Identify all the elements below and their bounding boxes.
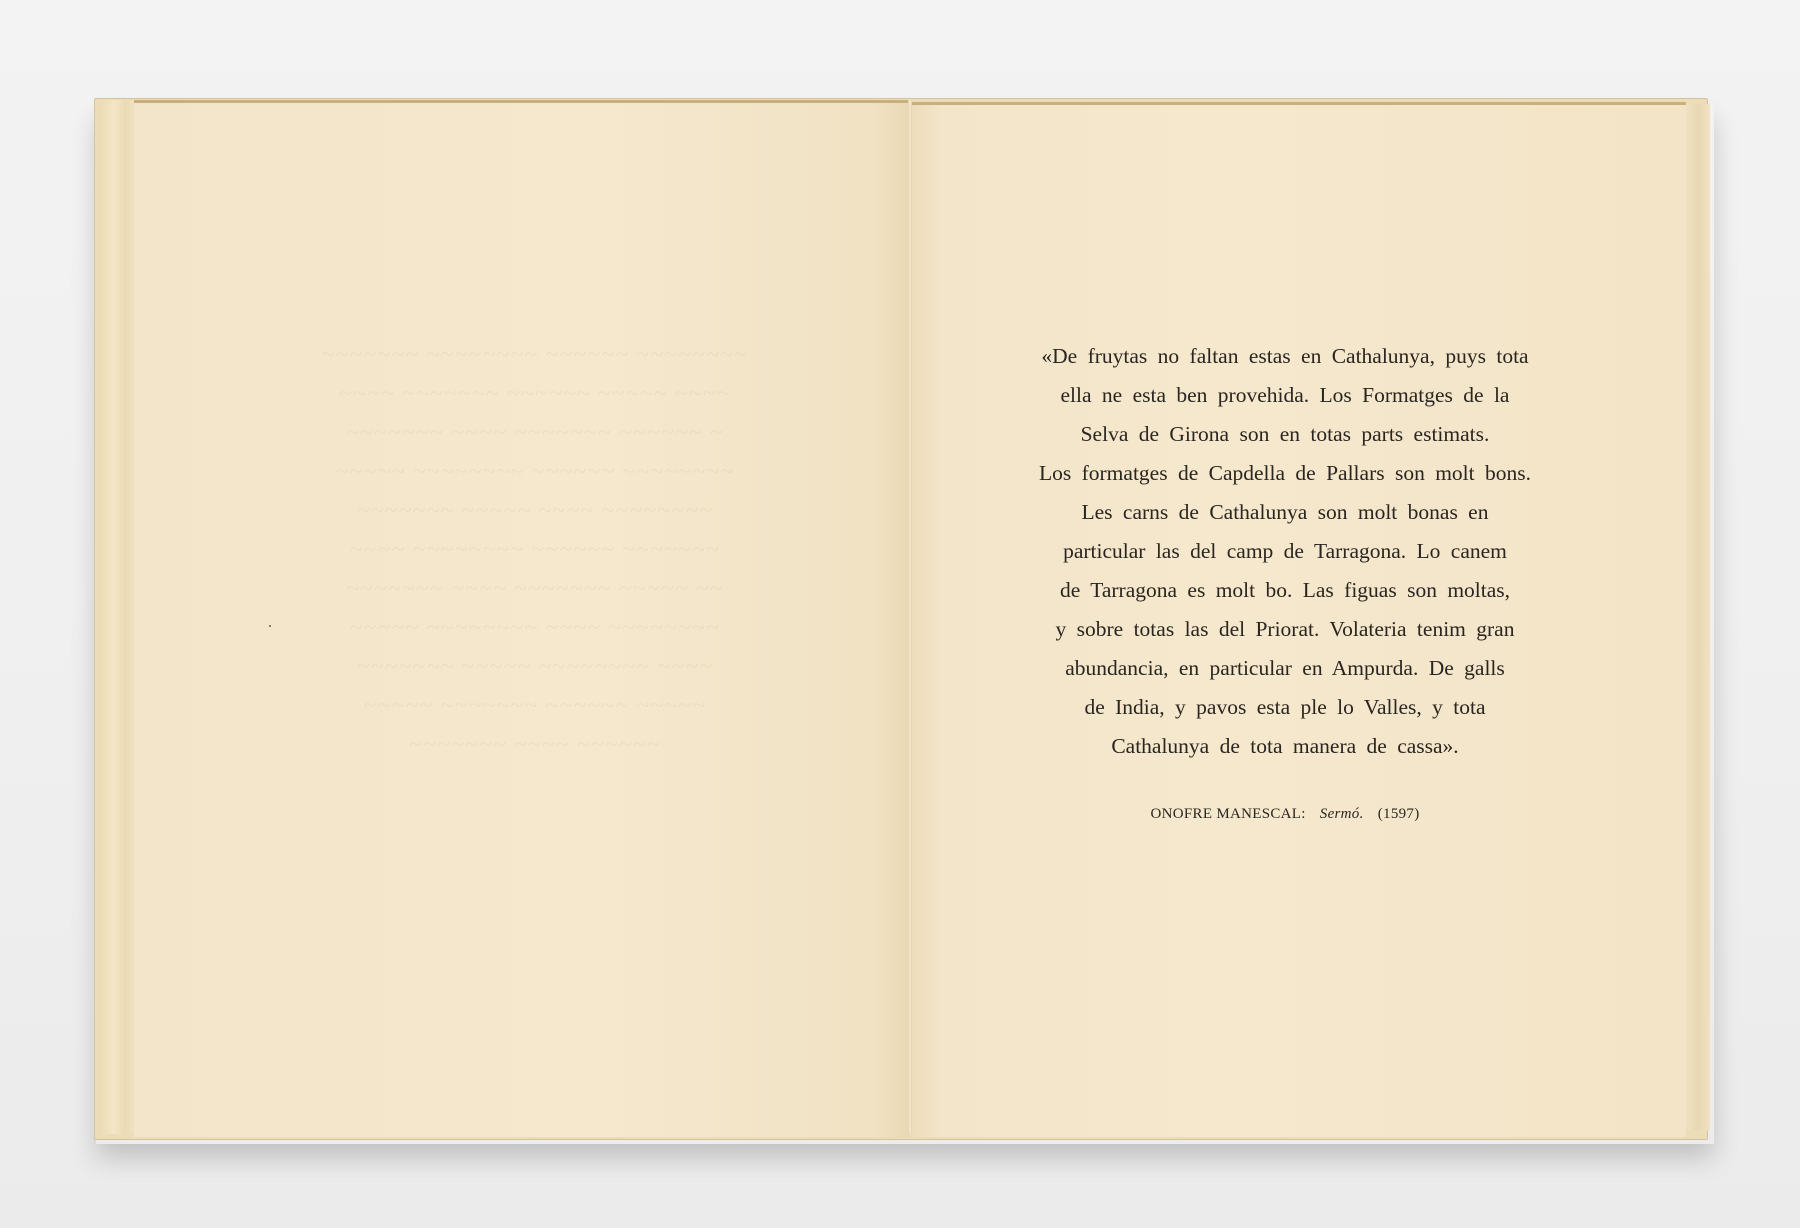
quote-line: de Tarragona es molt bo. Las figuas son … bbox=[1010, 571, 1560, 610]
quote-line: Les carns de Cathalunya son molt bonas e… bbox=[1010, 493, 1560, 532]
quote-line: «De fruytas no faltan estas en Cathaluny… bbox=[1010, 337, 1560, 376]
citation-year: (1597) bbox=[1378, 806, 1420, 822]
quote-line: de India, y pavos esta ple lo Valles, y … bbox=[1010, 688, 1560, 727]
ghost-line: ~~~~~ ~~~~~~~ ~~~~~~ ~~~~~ bbox=[300, 687, 770, 726]
ghost-line: ~~~~~~~ ~~~~~ ~~~~ ~~~~~~~~ bbox=[300, 492, 770, 531]
quote-line: Selva de Girona son en totas parts estim… bbox=[1010, 415, 1560, 454]
ghost-line: ~~~~~~~ ~~~~ ~~~~~~~ ~~~~~~ ~ bbox=[300, 414, 770, 453]
ghost-line: ~~~~~ ~~~~~~~~ ~~~~ ~~~~~~~~ bbox=[300, 609, 770, 648]
left-page-edges bbox=[100, 100, 137, 1134]
ghost-line: ~~~~ ~~~~~~~~ ~~~~~~ ~~~~~~~ bbox=[300, 531, 770, 570]
ghost-line: ~~~~~~~ ~~~~~~~~ ~~~~~~ ~~~~~~~~ bbox=[300, 336, 770, 375]
citation-work: Sermó. bbox=[1320, 806, 1364, 822]
show-through-text: ~~~~~~~ ~~~~~~~~ ~~~~~~ ~~~~~~~~ ~~~~ ~~… bbox=[300, 336, 770, 765]
quote-line: Los formatges de Capdella de Pallars son… bbox=[1010, 454, 1560, 493]
quote-line: ella ne esta ben provehida. Los Formatge… bbox=[1010, 376, 1560, 415]
quote-line: Cathalunya de tota manera de cassa». bbox=[1010, 727, 1560, 766]
book-gutter bbox=[908, 100, 912, 1134]
ghost-line: ~~~~~~~ ~~~~ ~~~~~~~ ~~~~~ ~~ bbox=[300, 570, 770, 609]
quote-line: abundancia, en particular en Ampurda. De… bbox=[1010, 649, 1560, 688]
quote-line: y sobre totas las del Priorat. Volateria… bbox=[1010, 610, 1560, 649]
right-page-edges bbox=[1685, 104, 1710, 1130]
quote-block: «De fruytas no faltan estas en Cathaluny… bbox=[1010, 337, 1560, 766]
ghost-line: ~~~~~~~ ~~~~~ ~~~~~~~~ ~~~~ bbox=[300, 648, 770, 687]
ghost-line: ~~~~~~~ ~~~~ ~~~~~~ bbox=[300, 726, 770, 765]
citation: ONOFRE MANESCAL: Sermó. (1597) bbox=[1010, 806, 1560, 823]
ghost-line: ~~~~ ~~~~~~~ ~~~~~~ ~~~~~ ~~~~ bbox=[300, 375, 770, 414]
ghost-line: ~~~~~ ~~~~~~~~ ~~~~~~ ~~~~~~~~ bbox=[300, 453, 770, 492]
paper-speck bbox=[269, 625, 271, 627]
quote-line: particular las del camp de Tarragona. Lo… bbox=[1010, 532, 1560, 571]
citation-author: ONOFRE MANESCAL: bbox=[1150, 806, 1305, 822]
